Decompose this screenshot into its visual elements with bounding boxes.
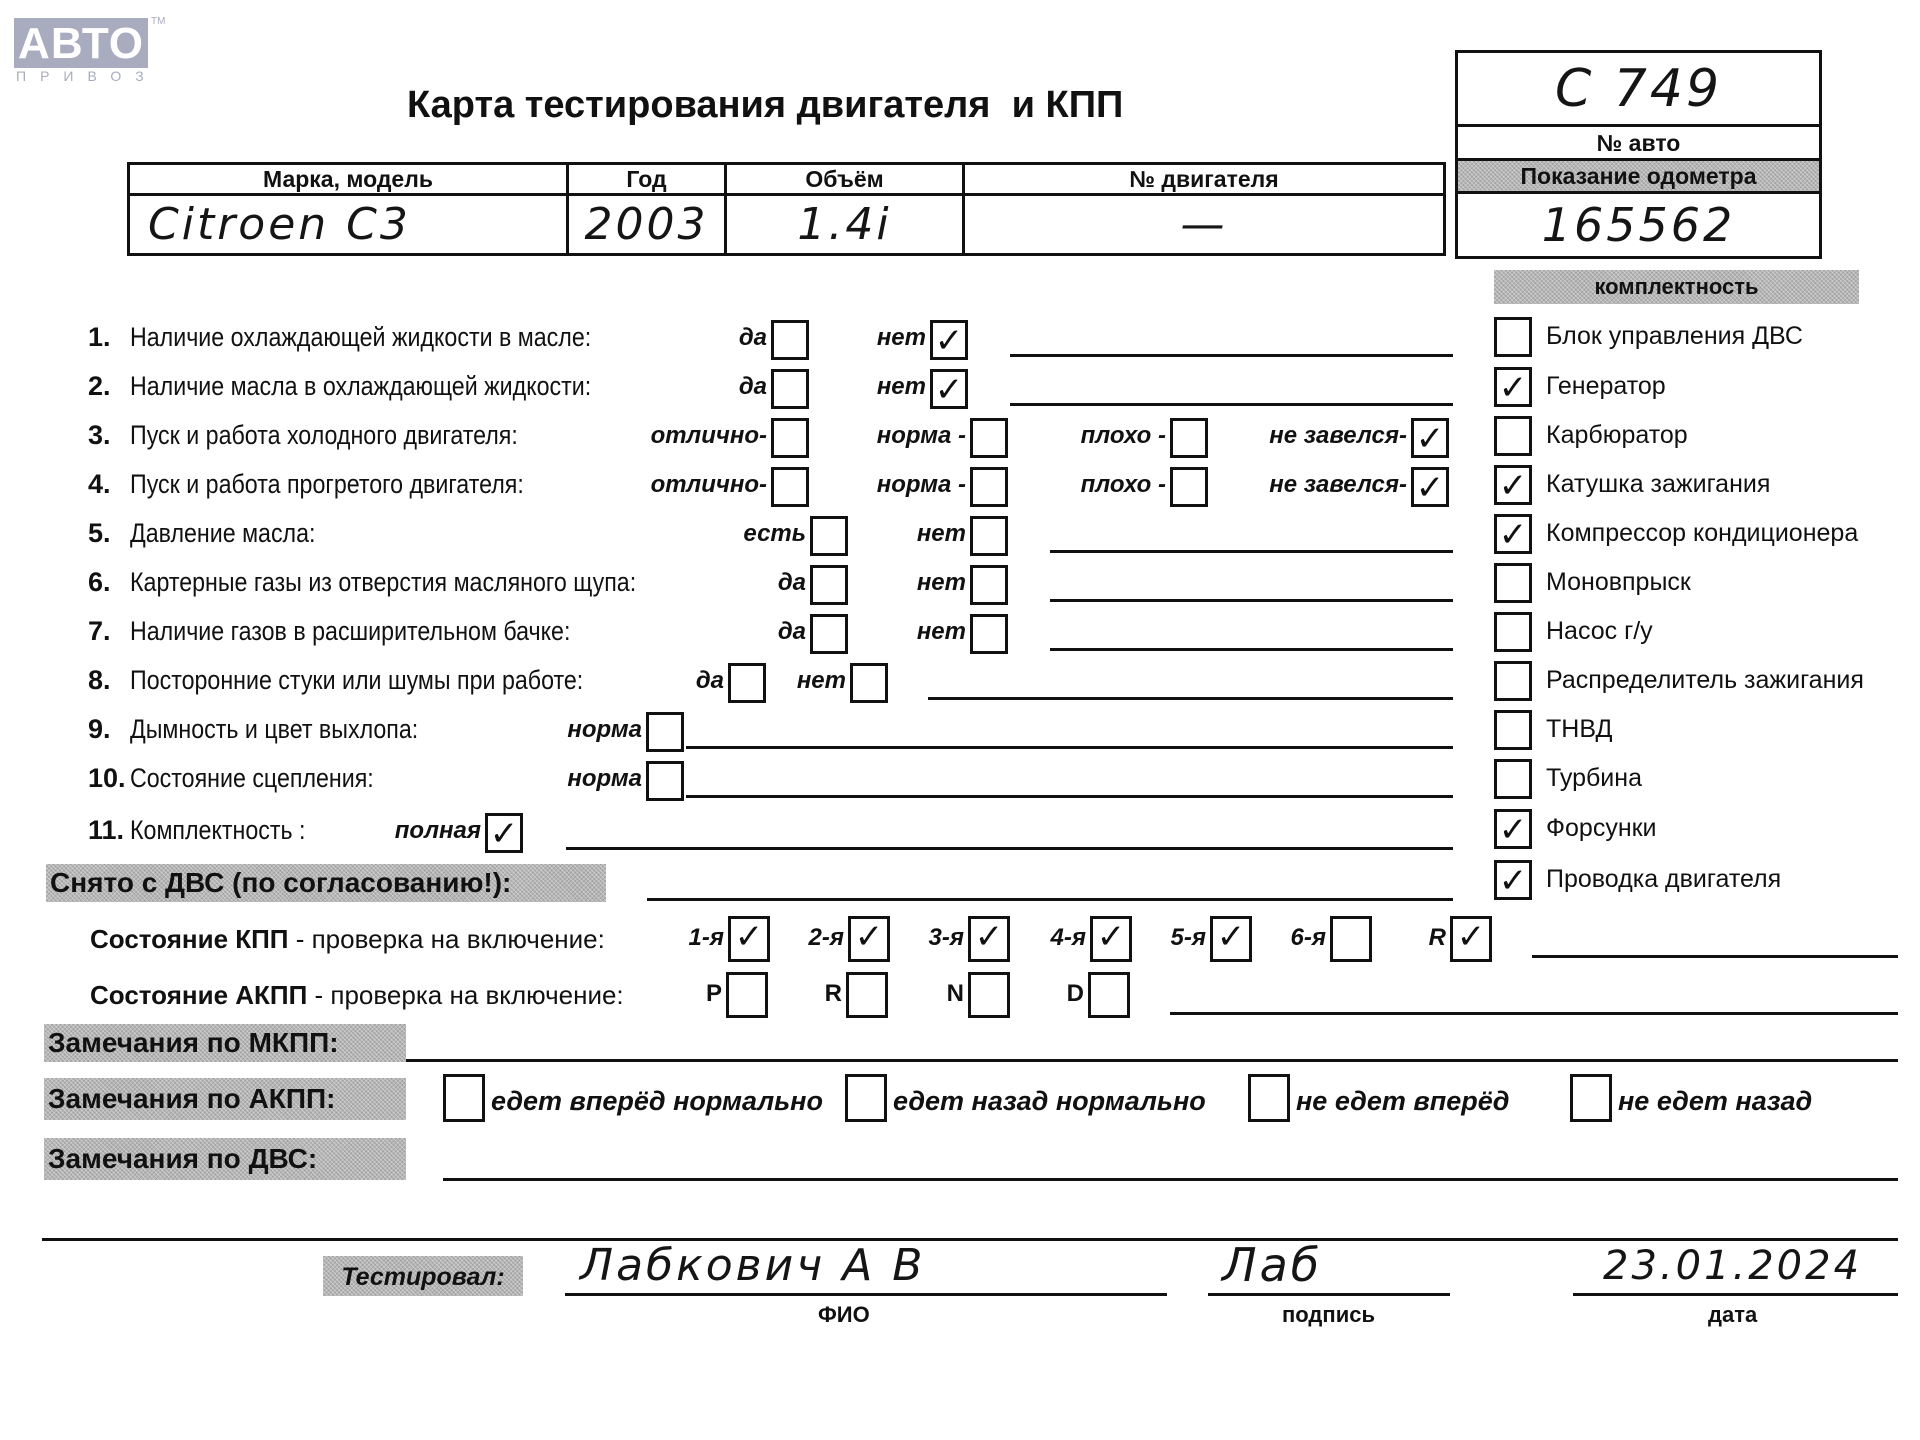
volume-value[interactable]: 1.4i — [797, 199, 891, 250]
column-header-year: Год — [568, 164, 726, 195]
kit-item-checkbox[interactable] — [1494, 710, 1532, 750]
option-label: плохо - — [966, 422, 1166, 450]
gear-label: 2-я — [744, 924, 844, 952]
option-label: не завелся- — [1207, 422, 1407, 450]
akpp-remark-checkbox[interactable] — [1248, 1074, 1290, 1122]
option-label: норма - — [766, 422, 966, 450]
logo-subtitle: ПРИВОЗ — [16, 68, 158, 84]
question-11-notes-line[interactable] — [566, 847, 1453, 850]
question-1-notes-line[interactable] — [1010, 354, 1453, 357]
kit-item-label: Турбина — [1546, 764, 1642, 793]
question-7-option-checkbox[interactable] — [970, 614, 1008, 654]
gear-label: R — [1346, 924, 1446, 952]
checkmark-icon: ✓ — [1497, 806, 1529, 854]
question-number: 5. — [88, 518, 111, 549]
kpp-label: Состояние КПП - проверка на включение: — [90, 924, 605, 955]
question-6-option-checkbox[interactable] — [970, 565, 1008, 605]
kit-item-label: Компрессор кондиционера — [1546, 519, 1858, 548]
year-value[interactable]: 2003 — [585, 199, 709, 250]
kit-item-checkbox[interactable]: ✓ — [1494, 809, 1532, 849]
odometer-value[interactable]: 165562 — [1542, 198, 1736, 252]
kit-item-checkbox[interactable]: ✓ — [1494, 514, 1532, 554]
kit-item-label: Моновпрыск — [1546, 568, 1691, 597]
question-text: Пуск и работа холодного двигателя: — [130, 420, 518, 451]
akpp-remarks-label: Замечания по АКПП: — [44, 1078, 406, 1120]
akpp-label: Состояние АКПП - проверка на включение: — [90, 980, 624, 1011]
akpp-remark-label: не едет вперёд — [1296, 1086, 1509, 1117]
dvs-remarks-line[interactable] — [443, 1178, 1898, 1181]
question-11-option-checkbox[interactable]: ✓ — [485, 813, 523, 853]
mkpp-remarks-label: Замечания по МКПП: — [44, 1024, 406, 1062]
signature-line — [1208, 1293, 1450, 1296]
question-7-notes-line[interactable] — [1050, 648, 1453, 651]
kit-item-checkbox[interactable]: ✓ — [1494, 367, 1532, 407]
akpp-remark-checkbox[interactable] — [443, 1074, 485, 1122]
kit-item-label: ТНВД — [1546, 715, 1612, 744]
kit-item-label: Блок управления ДВС — [1546, 322, 1803, 351]
avtoprivoz-logo: АВТО — [14, 18, 148, 68]
option-label: нет — [726, 324, 926, 352]
date-value[interactable]: 23.01.2024 — [1603, 1243, 1862, 1289]
checkmark-icon: ✓ — [488, 810, 520, 858]
kit-item-checkbox[interactable] — [1494, 416, 1532, 456]
option-label: нет — [766, 520, 966, 548]
question-8-notes-line[interactable] — [928, 697, 1453, 700]
akpp-remark-checkbox[interactable] — [845, 1074, 887, 1122]
question-5-notes-line[interactable] — [1050, 550, 1453, 553]
question-number: 10. — [88, 763, 126, 794]
question-2-notes-line[interactable] — [1010, 403, 1453, 406]
akpp-remark-label: едет вперёд нормально — [491, 1086, 823, 1117]
checkmark-icon: ✓ — [1414, 415, 1446, 463]
question-4-option-checkbox[interactable] — [1170, 467, 1208, 507]
question-number: 7. — [88, 616, 111, 647]
column-header-make-model: Марка, модель — [129, 164, 568, 195]
akpp-position-checkbox[interactable] — [1088, 972, 1130, 1018]
question-5-option-checkbox[interactable] — [970, 516, 1008, 556]
kit-item-label: Насос г/у — [1546, 617, 1653, 646]
question-9-option-checkbox[interactable] — [646, 712, 684, 752]
removed-parts-label: Снято с ДВС (по согласованию!): — [46, 864, 606, 902]
question-9-notes-line[interactable] — [686, 746, 1453, 749]
kit-item-checkbox[interactable] — [1494, 759, 1532, 799]
kit-item-label: Генератор — [1546, 372, 1666, 401]
kit-item-checkbox[interactable] — [1494, 661, 1532, 701]
checkmark-icon: ✓ — [1497, 364, 1529, 412]
question-text: Комплектность : — [130, 815, 305, 846]
tester-name-line — [565, 1293, 1167, 1296]
checkmark-icon: ✓ — [1453, 913, 1489, 961]
checkmark-icon: ✓ — [933, 366, 965, 414]
checkmark-icon: ✓ — [1497, 857, 1529, 905]
akpp-position-label: N — [864, 980, 964, 1008]
tester-name-value[interactable]: Лабкович А В — [580, 1240, 925, 1291]
checkmark-icon: ✓ — [933, 317, 965, 365]
question-number: 3. — [88, 420, 111, 451]
date-line — [1573, 1293, 1898, 1296]
question-number: 4. — [88, 469, 111, 500]
gear-checkbox[interactable]: ✓ — [1450, 916, 1492, 962]
removed-parts-line[interactable] — [647, 898, 1453, 901]
kit-item-label: Форсунки — [1546, 814, 1657, 843]
page-title: Карта тестирования двигателя и КПП — [407, 84, 1123, 127]
plate-number-label: № авто — [1458, 127, 1819, 161]
question-4-option-checkbox[interactable]: ✓ — [1411, 467, 1449, 507]
checkmark-icon: ✓ — [1414, 464, 1446, 512]
tester-name-caption: ФИО — [818, 1302, 870, 1328]
question-10-option-checkbox[interactable] — [646, 761, 684, 801]
question-text: Дымность и цвет выхлопа: — [130, 714, 418, 745]
akpp-remark-label: не едет назад — [1618, 1086, 1812, 1117]
kit-item-checkbox[interactable]: ✓ — [1494, 860, 1532, 900]
option-label: нет — [766, 569, 966, 597]
kit-item-checkbox[interactable] — [1494, 317, 1532, 357]
option-label: нет — [646, 667, 846, 695]
kit-item-checkbox[interactable]: ✓ — [1494, 465, 1532, 505]
kit-item-label: Карбюратор — [1546, 421, 1688, 450]
akpp-remark-label: едет назад нормально — [893, 1086, 1206, 1117]
tested-by-label: Тестировал: — [323, 1256, 523, 1296]
kpp-notes-line[interactable] — [1532, 955, 1898, 958]
kit-section-title: комплектность — [1494, 270, 1859, 304]
question-3-option-checkbox[interactable]: ✓ — [1411, 418, 1449, 458]
signature-value[interactable]: Лаб — [1222, 1238, 1322, 1292]
option-label: не завелся- — [1207, 471, 1407, 499]
engine-number-value[interactable]: — — [1181, 199, 1228, 250]
akpp-position-label: R — [742, 980, 842, 1008]
question-3-option-checkbox[interactable] — [1170, 418, 1208, 458]
question-number: 6. — [88, 567, 111, 598]
option-label: полная — [281, 817, 481, 845]
make-model-value[interactable]: Citroen C3 — [148, 199, 411, 250]
option-label: нет — [766, 618, 966, 646]
option-label: норма — [442, 765, 642, 793]
mkpp-remarks-line[interactable] — [406, 1059, 1898, 1062]
option-label: нет — [726, 373, 926, 401]
akpp-position-label: D — [984, 980, 1084, 1008]
kit-item-checkbox[interactable] — [1494, 563, 1532, 603]
gear-label: 1-я — [624, 924, 724, 952]
question-text: Наличие масла в охлаждающей жидкости: — [130, 371, 591, 402]
question-text: Давление масла: — [130, 518, 315, 549]
question-text: Наличие охлаждающей жидкости в масле: — [130, 322, 591, 353]
question-number: 8. — [88, 665, 111, 696]
odometer-label: Показание одометра — [1458, 161, 1819, 194]
question-1-option-checkbox[interactable]: ✓ — [930, 320, 968, 360]
kit-item-label: Катушка зажигания — [1546, 470, 1770, 499]
option-label: отлично- — [567, 471, 767, 499]
akpp-position-label: P — [622, 980, 722, 1008]
kit-item-label: Распределитель зажигания — [1546, 666, 1864, 695]
vehicle-box: C 749 № авто Показание одометра 165562 — [1455, 50, 1822, 259]
question-text: Картерные газы из отверстия масляного щу… — [130, 567, 636, 598]
gear-label: 5-я — [1106, 924, 1206, 952]
option-label: отлично- — [567, 422, 767, 450]
gear-label: 3-я — [864, 924, 964, 952]
kit-item-label: Проводка двигателя — [1546, 865, 1781, 894]
dvs-remarks-label: Замечания по ДВС: — [44, 1138, 406, 1180]
option-label: плохо - — [966, 471, 1166, 499]
question-text: Наличие газов в расширительном бачке: — [130, 616, 570, 647]
date-caption: дата — [1708, 1302, 1757, 1328]
question-number: 1. — [88, 322, 111, 353]
logo-trademark: TM — [151, 16, 165, 27]
signature-caption: подпись — [1282, 1302, 1375, 1328]
kit-item-checkbox[interactable] — [1494, 612, 1532, 652]
option-label: норма - — [766, 471, 966, 499]
column-header-engine-number: № двигателя — [964, 164, 1445, 195]
column-header-volume: Объём — [726, 164, 964, 195]
gear-label: 4-я — [986, 924, 1086, 952]
akpp-remark-checkbox[interactable] — [1570, 1074, 1612, 1122]
vehicle-info-table: Марка, модель Год Объём № двигателя Citr… — [127, 162, 1446, 256]
question-10-notes-line[interactable] — [686, 795, 1453, 798]
question-text: Посторонние стуки или шумы при работе: — [130, 665, 583, 696]
plate-number-value[interactable]: C 749 — [1555, 59, 1722, 119]
gear-label: 6-я — [1226, 924, 1326, 952]
question-number: 11. — [88, 815, 124, 846]
checkmark-icon: ✓ — [1497, 511, 1529, 559]
question-text: Пуск и работа прогретого двигателя: — [130, 469, 524, 500]
question-number: 2. — [88, 371, 111, 402]
signoff-divider — [42, 1238, 1898, 1241]
question-6-notes-line[interactable] — [1050, 599, 1453, 602]
checkmark-icon: ✓ — [1497, 462, 1529, 510]
question-2-option-checkbox[interactable]: ✓ — [930, 369, 968, 409]
question-number: 9. — [88, 714, 111, 745]
option-label: норма — [442, 716, 642, 744]
question-text: Состояние сцепления: — [130, 763, 374, 794]
question-8-option-checkbox[interactable] — [850, 663, 888, 703]
akpp-notes-line[interactable] — [1170, 1012, 1898, 1015]
